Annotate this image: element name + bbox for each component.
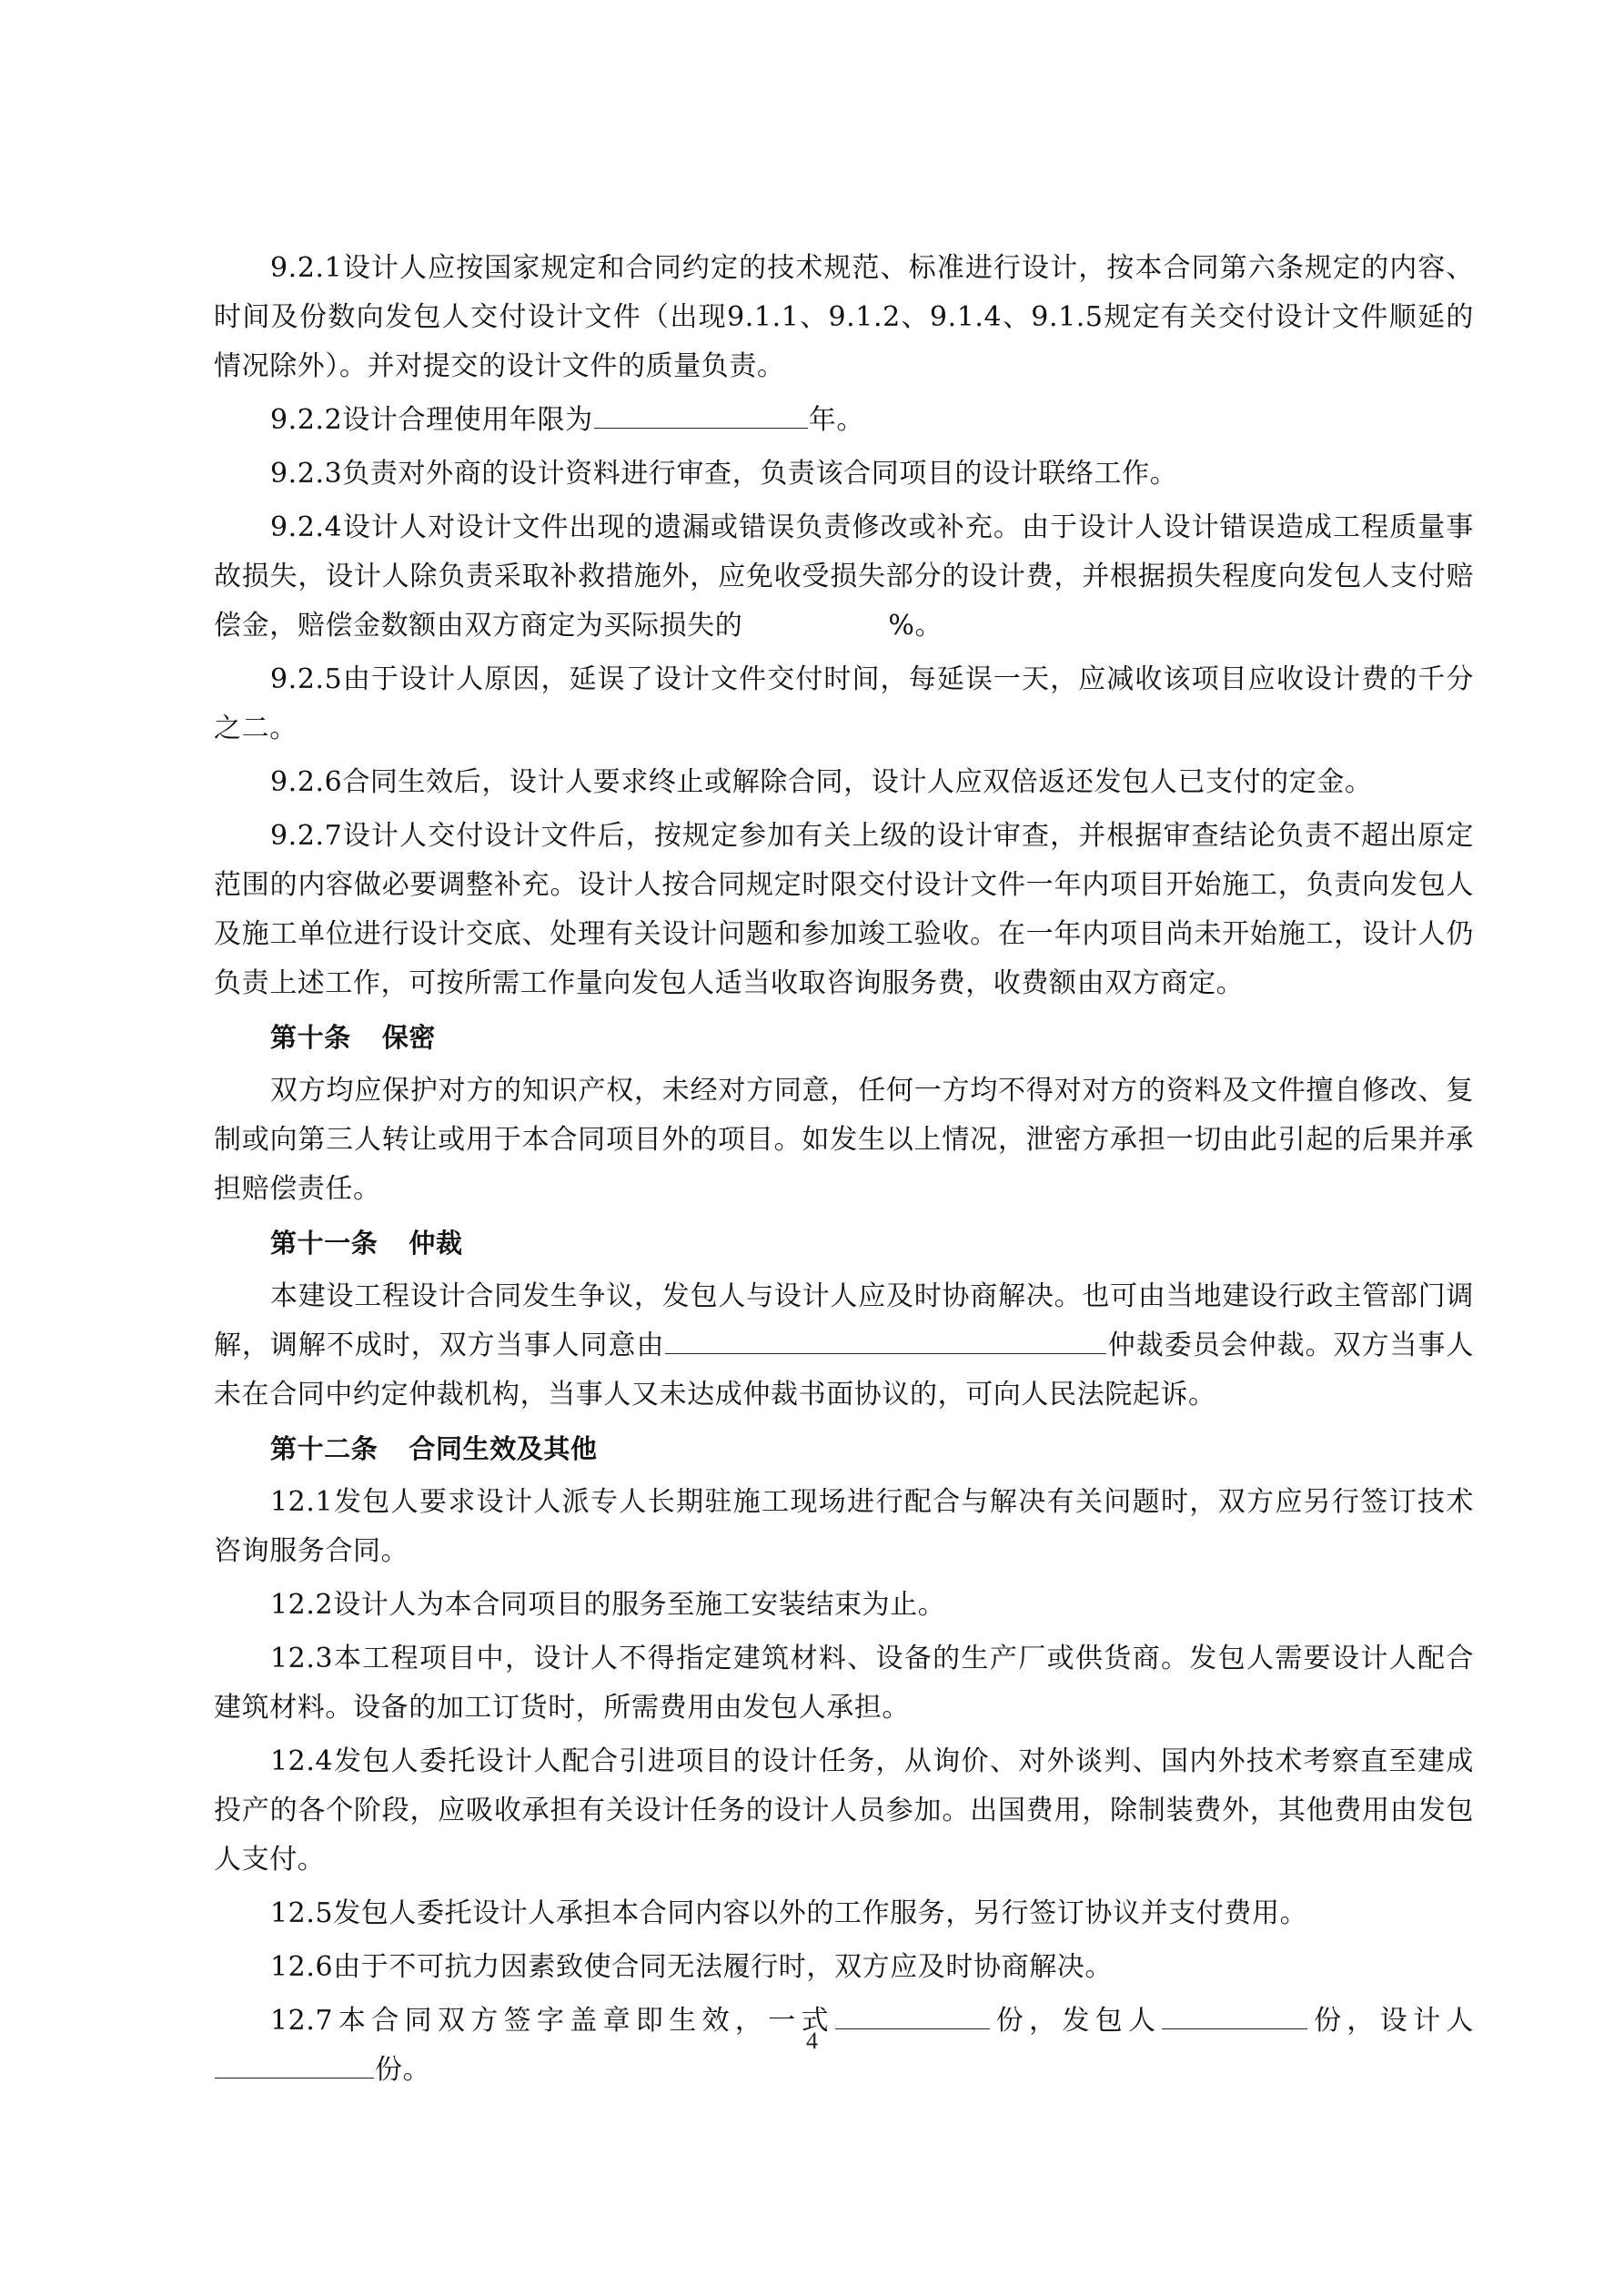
document-body: 9.2.1设计人应按国家规定和合同约定的技术规范、标准进行设计，按本合同第六条规… bbox=[214, 244, 1474, 2099]
clause-11: 本建设工程设计合同发生争议，发包人与设计人应及时协商解决。也可由当地建设行政主管… bbox=[214, 1272, 1474, 1420]
arbitration-committee-blank[interactable] bbox=[665, 1326, 1106, 1354]
article-title: 仲裁 bbox=[409, 1228, 462, 1259]
total-copies-blank[interactable] bbox=[835, 2001, 990, 2029]
employer-copies-blank[interactable] bbox=[1162, 2001, 1307, 2029]
clause-9-2-2: 9.2.2设计合理使用年限为年。 bbox=[214, 396, 1474, 445]
clause-9-2-4: 9.2.4设计人对设计文件出现的遗漏或错误负责修改或补充。由于设计人设计错误造成… bbox=[214, 503, 1474, 651]
clause-9-2-3: 9.2.3负责对外商的设计资料进行审查，负责该合同项目的设计联络工作。 bbox=[214, 450, 1474, 499]
clause-12-4: 12.4发包人委托设计人配合引进项目的设计任务，从询价、对外谈判、国内外技术考察… bbox=[214, 1737, 1474, 1885]
clause-12-6: 12.6由于不可抗力因素致使合同无法履行时，双方应及时协商解决。 bbox=[214, 1943, 1474, 1992]
clause-text: 份。 bbox=[375, 2054, 430, 2086]
clause-9-2-5: 9.2.5由于设计人原因，延误了设计文件交付时间，每延误一天，应减收该项目应收设… bbox=[214, 655, 1474, 754]
clause-9-2-1: 9.2.1设计人应按国家规定和合同约定的技术规范、标准进行设计，按本合同第六条规… bbox=[214, 244, 1474, 391]
article-number: 第十二条 bbox=[270, 1433, 378, 1464]
document-page: 9.2.1设计人应按国家规定和合同约定的技术规范、标准进行设计，按本合同第六条规… bbox=[0, 0, 1624, 2296]
clause-12-5: 12.5发包人委托设计人承担本合同内容以外的工作服务，另行签订协议并支付费用。 bbox=[214, 1889, 1474, 1938]
clause-12-1: 12.1发包人要求设计人派专人长期驻施工现场进行配合与解决有关问题时，双方应另行… bbox=[214, 1478, 1474, 1576]
article-12-heading: 第十二条合同生效及其他 bbox=[214, 1424, 1474, 1473]
clause-12-3: 12.3本工程项目中，设计人不得指定建筑材料、设备的生产厂或供货商。发包人需要设… bbox=[214, 1634, 1474, 1733]
clause-text: 9.2.4设计人对设计文件出现的遗漏或错误负责修改或补充。由于设计人设计错误造成… bbox=[214, 511, 1474, 642]
article-10-heading: 第十条保密 bbox=[214, 1013, 1474, 1062]
clause-9-2-6: 9.2.6合同生效后，设计人要求终止或解除合同，设计人应双倍返还发包人已支付的定… bbox=[214, 758, 1474, 807]
clause-12-2: 12.2设计人为本合同项目的服务至施工安装结束为止。 bbox=[214, 1581, 1474, 1630]
clause-text: %。 bbox=[888, 610, 943, 642]
article-title: 保密 bbox=[382, 1022, 436, 1053]
article-number: 第十一条 bbox=[270, 1228, 378, 1259]
clause-text: 年。 bbox=[809, 404, 864, 436]
clause-9-2-7: 9.2.7设计人交付设计文件后，按规定参加有关上级的设计审查，并根据审查结论负责… bbox=[214, 812, 1474, 1008]
article-11-heading: 第十一条仲裁 bbox=[214, 1219, 1474, 1268]
clause-10: 双方均应保护对方的知识产权，未经对方同意，任何一方均不得对对方的资料及文件擅自修… bbox=[214, 1067, 1474, 1214]
article-title: 合同生效及其他 bbox=[409, 1433, 597, 1464]
clause-text: 9.2.2设计合理使用年限为 bbox=[270, 404, 593, 436]
page-number: 4 bbox=[0, 2028, 1624, 2055]
article-number: 第十条 bbox=[270, 1022, 351, 1053]
design-life-blank[interactable] bbox=[594, 400, 808, 429]
